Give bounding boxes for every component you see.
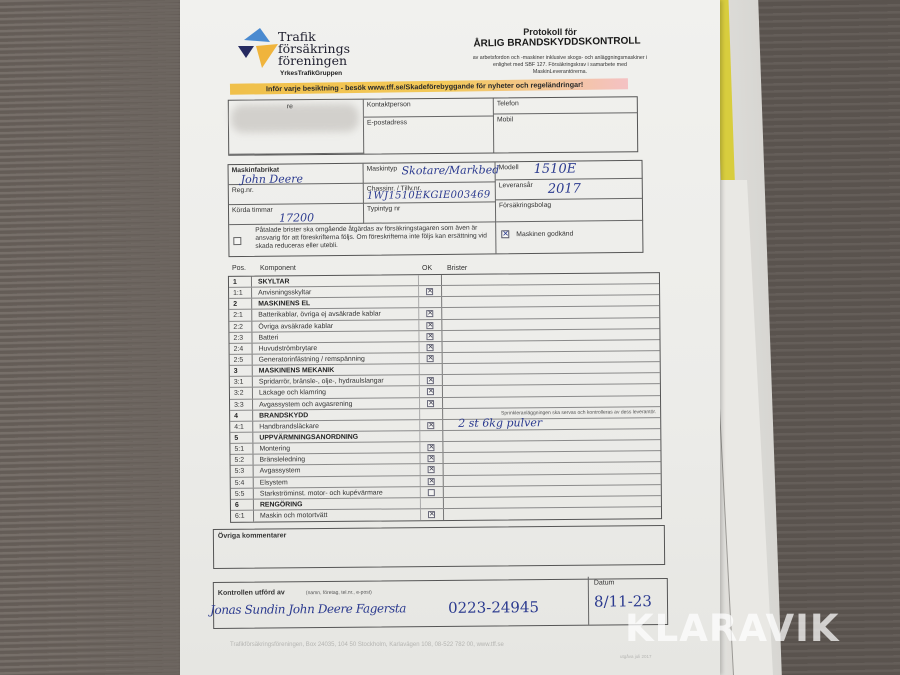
ok-checkbox[interactable]: ✕: [427, 389, 434, 396]
hours-field[interactable]: Körda timmar 17200: [229, 204, 364, 225]
ok-checkbox[interactable]: ✕: [426, 333, 433, 340]
ok-checkbox[interactable]: ✕: [427, 400, 434, 407]
ok-checkbox[interactable]: ✕: [428, 455, 435, 462]
email-field[interactable]: E-postadress: [364, 116, 494, 153]
row-component: Spridarrör, bränsle-, olje-, hydraulslan…: [254, 375, 419, 387]
performed-by-name: Jonas Sundin John Deere Fagersta: [210, 601, 406, 617]
row-component: Övriga avsäkrade kablar: [253, 320, 418, 332]
info-banner: Inför varje besiktning - besök www.tff.s…: [230, 78, 628, 95]
form-edition: utgåva juli 2017: [620, 654, 652, 659]
row-defect-value: 2 st 6kg pulver: [458, 416, 542, 430]
row-note: Sprinkleranläggningen ska servas och kon…: [501, 409, 656, 416]
ok-checkbox[interactable]: ✕: [426, 322, 433, 329]
insurer-label: Försäkringsbolag: [499, 202, 551, 210]
row-ok-cell: ✕: [420, 476, 444, 486]
row-ok-cell: ✕: [418, 320, 442, 330]
form-description: av arbetsfordon och -maskiner inklusive …: [470, 55, 650, 76]
row-pos: 3:3: [230, 399, 253, 409]
row-ok-cell: [419, 431, 443, 441]
approved-label: Maskinen godkänd: [516, 231, 573, 239]
insurer-field[interactable]: Försäkringsbolag: [496, 199, 643, 223]
row-ok-cell: ✕: [419, 386, 443, 396]
comments-field[interactable]: Övriga kommentarer: [213, 525, 665, 569]
row-component: UPPVÄRMNINGSANORDNING: [254, 431, 419, 443]
row-pos: 3: [230, 366, 253, 376]
row-component: MASKINENS MEKANIK: [254, 364, 419, 376]
row-component: Avgassystem och avgasrening: [254, 398, 419, 410]
ok-checkbox[interactable]: ✕: [428, 478, 435, 485]
machine-type-value: Skotare/Markbed: [402, 163, 500, 177]
row-ok-cell: [418, 297, 442, 307]
delivery-year-value: 2017: [548, 181, 581, 196]
row-pos: 5:1: [230, 444, 253, 454]
performed-by-section: Kontrollen utförd av (namn, företag, tel…: [213, 578, 668, 629]
row-defects-field[interactable]: [443, 329, 659, 341]
row-component: Batteri: [253, 331, 418, 343]
ok-checkbox[interactable]: ✕: [427, 344, 434, 351]
row-component: Anvisningsskyltar: [253, 286, 418, 298]
row-component: Elsystem: [255, 476, 420, 488]
form-footer: Trafikförsäkringsföreningen, Box 24035, …: [230, 642, 504, 648]
ok-checkbox[interactable]: ✕: [426, 311, 433, 318]
row-component: Maskin och motortvätt: [255, 509, 420, 522]
row-pos: 1:1: [229, 288, 252, 298]
reg-number-field[interactable]: Reg.nr.: [229, 184, 364, 205]
row-defects-field[interactable]: 2 st 6kg pulver: [444, 418, 660, 430]
row-ok-cell: ✕: [420, 464, 444, 474]
row-defects-field[interactable]: [444, 440, 660, 452]
row-defects-field[interactable]: [445, 507, 661, 520]
checklist-row: 6:1Maskin och motortvätt✕: [231, 507, 661, 522]
form-title: ÅRLIG BRANDSKYDDSKONTROLL: [442, 35, 672, 50]
row-pos: 5:5: [231, 488, 254, 498]
row-pos: 2:4: [230, 344, 253, 354]
contact-person-field[interactable]: Kontaktperson: [364, 98, 494, 117]
notice-cell: Påtalade brister ska omgående åtgärdas a…: [229, 222, 496, 256]
performed-by-hint: (namn, företag, tel.nr., e-post): [306, 590, 372, 597]
ok-checkbox[interactable]: ✕: [428, 466, 435, 473]
row-defects-field[interactable]: [444, 362, 660, 374]
reg-number-label: Reg.nr.: [232, 187, 254, 194]
hours-value: 17200: [279, 211, 314, 224]
model-label: Modell: [499, 164, 519, 171]
row-ok-cell: ✕: [419, 398, 443, 408]
row-pos: 4:1: [230, 422, 253, 432]
performed-by-label: Kontrollen utförd av: [218, 589, 285, 597]
notice-text: Påtalade brister ska omgående åtgärdas a…: [255, 224, 493, 250]
watermark-logo: KLARAVIK: [625, 607, 840, 650]
row-component: Montering: [254, 442, 419, 454]
chassis-number-field[interactable]: Chassinr. / Tillv.nr. 1WJ1510EKGIE003469: [364, 182, 496, 203]
row-defects-field[interactable]: [444, 373, 660, 385]
row-ok-cell: ✕: [419, 353, 443, 363]
row-pos: 5: [230, 433, 253, 443]
owner-cell[interactable]: re: [229, 100, 364, 155]
owner-label: re: [287, 103, 293, 110]
row-pos: 5:3: [231, 466, 254, 476]
ok-checkbox[interactable]: ✕: [427, 444, 434, 451]
row-ok-cell: [420, 487, 444, 497]
row-ok-cell: ✕: [418, 286, 442, 296]
ok-checkbox[interactable]: [428, 489, 435, 496]
row-defects-field[interactable]: [445, 496, 661, 508]
ok-checkbox[interactable]: ✕: [427, 377, 434, 384]
row-pos: 2:1: [229, 310, 252, 320]
redacted-area: [231, 104, 359, 133]
delivery-year-field[interactable]: Leveransår 2017: [496, 179, 643, 201]
type-certificate-label: Typintyg nr: [367, 205, 400, 212]
row-pos: 2:2: [229, 321, 252, 331]
row-pos: 6: [231, 499, 254, 509]
row-defects-field[interactable]: [445, 485, 661, 497]
header-ok: OK: [422, 265, 432, 272]
row-defects-field[interactable]: [444, 385, 660, 397]
phone-field[interactable]: Telefon: [494, 97, 638, 114]
desk-surface-left: [0, 0, 190, 675]
email-label: E-postadress: [367, 119, 407, 126]
logo-line-3: föreningen: [278, 55, 350, 67]
notice-checkbox[interactable]: [233, 237, 241, 245]
mobile-label: Mobil: [497, 116, 513, 123]
manufacturer-field[interactable]: Maskinfabrikat John Deere: [229, 164, 364, 185]
row-pos: 5:2: [230, 455, 253, 465]
row-pos: 3:2: [230, 388, 253, 398]
mobile-field[interactable]: Mobil: [494, 113, 638, 152]
row-ok-cell: ✕: [419, 442, 443, 452]
machine-type-label: Maskintyp: [367, 165, 398, 172]
row-pos: 2:5: [230, 355, 253, 365]
row-component: Bränsleledning: [254, 453, 419, 465]
row-ok-cell: [419, 409, 443, 419]
header-defects: Brister: [447, 265, 467, 272]
row-ok-cell: ✕: [418, 331, 442, 341]
row-ok-cell: ✕: [418, 308, 442, 318]
phone-label: Telefon: [497, 100, 519, 107]
date-divider: [588, 577, 589, 625]
row-defects-field[interactable]: [443, 307, 659, 319]
row-component: Läckage och klamring: [254, 387, 419, 399]
performed-by-phone: 0223-24945: [448, 598, 539, 617]
model-value: 1510E: [534, 162, 577, 177]
row-component: RENGÖRING: [255, 498, 420, 510]
header-component: Komponent: [260, 265, 296, 272]
row-defects-field[interactable]: [444, 351, 660, 363]
row-component: Generatorinfästning / remspänning: [254, 353, 419, 365]
ok-checkbox[interactable]: ✕: [427, 422, 434, 429]
row-pos: 1: [229, 277, 252, 287]
row-ok-cell: [419, 364, 443, 374]
row-defects-field[interactable]: [443, 273, 659, 285]
row-component: Batterikablar, övriga ej avsäkrade kabla…: [253, 309, 418, 321]
row-component: Avgassystem: [255, 465, 420, 477]
row-ok-cell: ✕: [419, 342, 443, 352]
row-pos: 3:1: [230, 377, 253, 387]
row-ok-cell: [420, 498, 444, 508]
date-label: Datum: [594, 579, 615, 586]
hours-label: Körda timmar: [232, 207, 273, 214]
machine-section: Maskinfabrikat John Deere Maskintyp Skot…: [228, 160, 644, 257]
comments-label: Övriga kommentarer: [218, 532, 287, 540]
contact-person-label: Kontaktperson: [367, 101, 411, 108]
row-defects-field[interactable]: [444, 429, 660, 441]
type-certificate-field[interactable]: Typintyg nr: [364, 202, 496, 223]
approved-checkbox[interactable]: ✕: [501, 230, 509, 238]
row-ok-cell: ✕: [419, 420, 443, 430]
delivery-year-label: Leveransår: [499, 182, 533, 189]
model-field[interactable]: Modell 1510E: [496, 161, 643, 181]
machine-type-field[interactable]: Maskintyp Skotare/Markbed: [364, 162, 496, 183]
row-defects-field[interactable]: [444, 396, 660, 408]
chassis-number-value: 1WJ1510EKGIE003469: [367, 189, 491, 201]
ok-checkbox[interactable]: ✕: [427, 355, 434, 362]
contact-section: re Kontaktperson Telefon E-postadress Mo…: [228, 96, 638, 156]
row-defects-field[interactable]: [443, 284, 659, 296]
row-defects-field[interactable]: [443, 295, 659, 307]
row-pos: 6:1: [231, 511, 254, 522]
tff-logo-icon: [236, 26, 282, 70]
row-pos: 2: [229, 299, 252, 309]
row-component: Huvudströmbrytare: [254, 342, 419, 354]
ok-checkbox[interactable]: ✕: [428, 511, 435, 518]
row-ok-cell: [418, 275, 442, 285]
logo-subtitle: YrkesTrafikGruppen: [280, 70, 342, 77]
row-pos: 4: [230, 410, 253, 420]
row-component: MASKINENS EL: [253, 298, 418, 310]
row-ok-cell: ✕: [419, 375, 443, 385]
row-component: SKYLTAR: [253, 275, 418, 287]
ok-checkbox[interactable]: ✕: [426, 288, 433, 295]
row-defects-field[interactable]: [443, 318, 659, 330]
row-pos: 5:4: [231, 477, 254, 487]
row-defects-field[interactable]: [444, 340, 660, 352]
checklist-table: 1SKYLTAR1:1Anvisningsskyltar✕2MASKINENS …: [228, 272, 662, 523]
row-defects-field[interactable]: [445, 463, 661, 475]
row-component: Handbrandsläckare: [254, 420, 419, 432]
header-pos: Pos.: [232, 265, 246, 272]
row-pos: 2:3: [229, 332, 252, 342]
row-ok-cell: ✕: [419, 453, 443, 463]
inspection-form-paper: Trafik försäkrings föreningen YrkesTrafi…: [180, 0, 720, 675]
logo-wordmark: Trafik försäkrings föreningen: [278, 31, 350, 67]
approved-cell: ✕ Maskinen godkänd: [496, 221, 643, 254]
row-defects-field[interactable]: [444, 451, 660, 463]
row-component: Starkströminst. motor- och kupévärmare: [255, 487, 420, 499]
row-component: BRANDSKYDD: [254, 409, 419, 421]
row-defects-field[interactable]: [445, 474, 661, 486]
row-ok-cell: ✕: [420, 509, 444, 520]
